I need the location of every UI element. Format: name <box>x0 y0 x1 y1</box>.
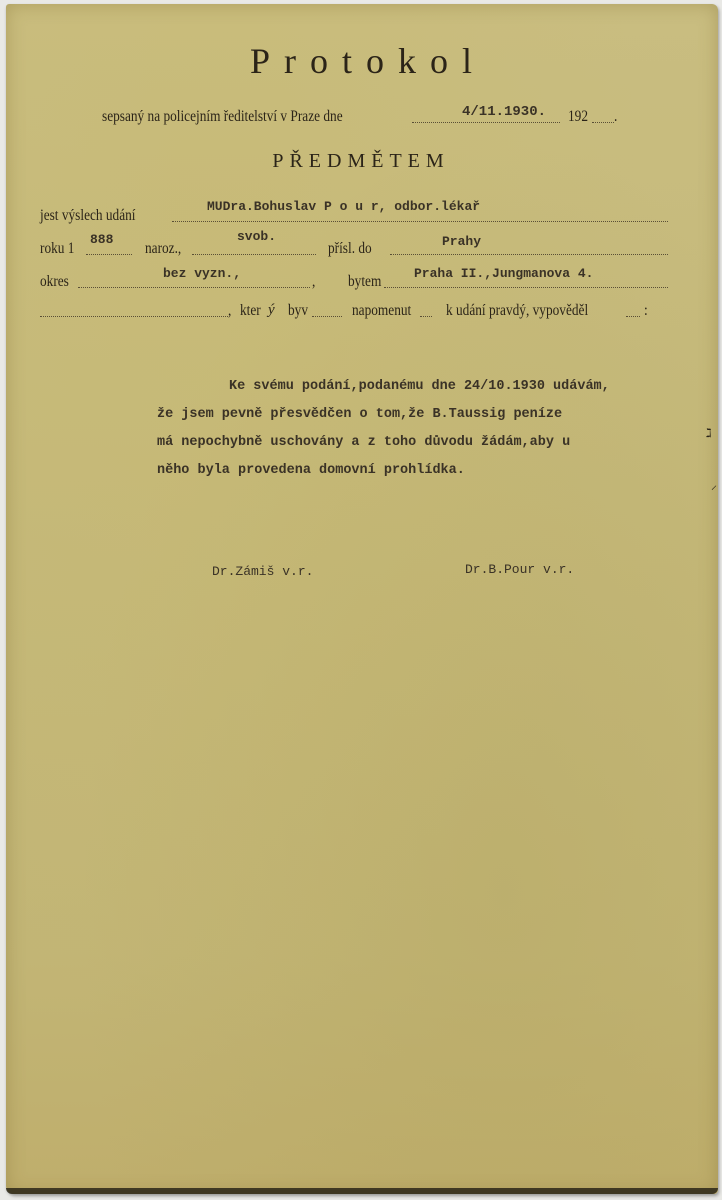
vyslech-value: MUDra.Bohuslav P o u r, odbor.lékař <box>207 199 480 214</box>
roku-value: 888 <box>90 232 113 247</box>
statement-line-2: že jsem pevně přesvědčen o tom,že B.Taus… <box>157 401 562 429</box>
line4-blank <box>40 316 228 317</box>
signature-right: Dr.B.Pour v.r. <box>465 562 574 577</box>
naroz-label: naroz., <box>145 240 181 258</box>
statement-line-4: něho byla provedena domovní prohlídka. <box>157 457 465 485</box>
byv-line <box>312 316 342 317</box>
byv-label: byv <box>288 302 308 320</box>
kter-label: kter <box>240 302 261 320</box>
signature-left: Dr.Zámiš v.r. <box>212 564 313 579</box>
section-heading: PŘEDMĚTEM <box>0 150 722 173</box>
udani-label: k udání pravdý, vypověděl <box>446 302 588 320</box>
year-suffix: . <box>614 108 617 126</box>
okres-value: bez vyzn., <box>163 266 241 281</box>
document-title: Protokol <box>0 40 722 82</box>
roku-label: roku 1 <box>40 240 74 258</box>
prisl-value: Prahy <box>442 234 481 249</box>
date-line <box>412 122 560 123</box>
subtitle-prefix: sepsaný na policejním ředitelství v Praz… <box>102 108 343 126</box>
date-typed: 4/11.1930. <box>462 104 546 120</box>
document-page <box>6 4 718 1194</box>
margin-mark-top: ℷ <box>706 426 712 440</box>
bytem-line <box>384 287 668 288</box>
napomenut-label: napomenut <box>352 302 411 320</box>
udani-line <box>626 316 640 317</box>
prisl-label: přísl. do <box>328 240 372 258</box>
vyslech-label: jest výslech udání <box>40 207 136 225</box>
okres-line <box>78 287 310 288</box>
statement-line-3: má nepochybně uschovány a z toho důvodu … <box>157 429 570 457</box>
bytem-value: Praha II.,Jungmanova 4. <box>414 266 593 281</box>
line4-comma: , <box>228 302 231 320</box>
naroz-value: svob. <box>237 229 276 244</box>
okres-comma: , <box>312 273 315 291</box>
year-prefix: 192 <box>568 108 588 126</box>
prisl-line <box>390 254 668 255</box>
bytem-label: bytem <box>348 273 381 291</box>
kter-value: ý <box>268 302 275 319</box>
colon: : <box>644 302 648 320</box>
okres-label: okres <box>40 273 69 291</box>
naroz-line <box>192 254 316 255</box>
napomenut-line <box>420 316 432 317</box>
roku-line <box>86 254 132 255</box>
year-line <box>592 122 614 123</box>
margin-mark-bottom: ⸝ <box>711 476 717 493</box>
vyslech-line <box>172 221 668 222</box>
statement-line-1: Ke svému podání,podanému dne 24/10.1930 … <box>229 373 610 401</box>
